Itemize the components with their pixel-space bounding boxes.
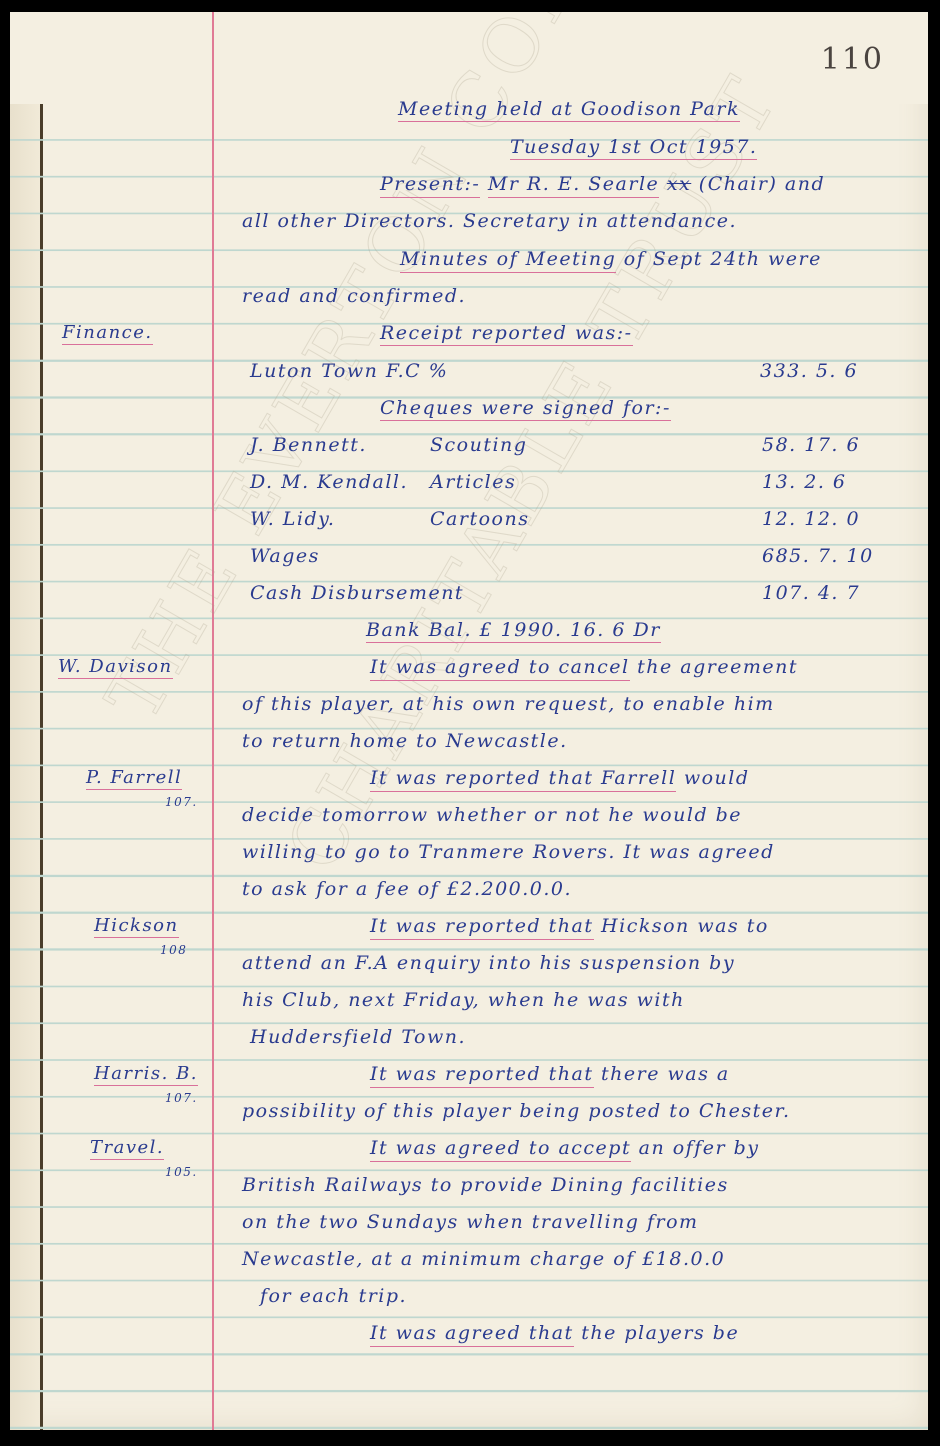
present-line: Present:- Mr R. E. Searle xx (Chair) and xyxy=(380,175,825,194)
farrell-rest: would xyxy=(684,767,750,789)
hickson-line-1: It was reported that Hickson was to xyxy=(370,917,769,936)
hickson-line-3: his Club, next Friday, when he was with xyxy=(242,991,685,1010)
receipt-amount: 333. 5. 6 xyxy=(760,362,858,381)
margin-ref-farrell: 107. xyxy=(165,796,198,808)
travel-line-3: on the two Sundays when travelling from xyxy=(242,1213,699,1232)
travel-line-4: Newcastle, at a minimum charge of £18.0.… xyxy=(242,1250,725,1269)
harris-rest: there was a xyxy=(601,1063,730,1085)
margin-note-travel: Travel. xyxy=(90,1139,164,1160)
davison-rest: the agreement xyxy=(637,656,798,678)
present-label: Present:- xyxy=(380,173,480,198)
harris-underlined: It was reported that xyxy=(370,1063,594,1088)
farrell-line-3: willing to go to Tranmere Rovers. It was… xyxy=(242,843,775,862)
travel-rest: an offer by xyxy=(639,1137,760,1159)
attendance-line: all other Directors. Secretary in attend… xyxy=(242,212,737,231)
cheque-payee: W. Lidy. xyxy=(250,510,335,529)
cheque-payee: J. Bennett. xyxy=(250,436,367,455)
players-underlined: It was agreed that xyxy=(370,1322,574,1347)
cheque-purpose: Articles xyxy=(430,473,516,492)
cheque-payee: D. M. Kendall. xyxy=(250,473,408,492)
receipt-heading: Receipt reported was:- xyxy=(380,324,633,346)
margin-note-finance: Finance. xyxy=(62,324,153,345)
travel-underlined: It was agreed to accept xyxy=(370,1137,631,1162)
hickson-rest: Hickson was to xyxy=(601,915,769,937)
cheque-amount: 685. 7. 10 xyxy=(762,547,874,566)
minutes-line: Minutes of Meeting of Sept 24th were xyxy=(400,250,822,269)
bank-balance: Bank Bal. £ 1990. 16. 6 Dr xyxy=(366,621,661,643)
margin-ref-harris: 107. xyxy=(165,1092,198,1104)
hickson-underlined: It was reported that xyxy=(370,915,594,940)
confirmed-line: read and confirmed. xyxy=(242,287,466,306)
cheque-amount: 107. 4. 7 xyxy=(762,584,860,603)
davison-underlined: It was agreed to cancel xyxy=(370,656,630,681)
farrell-underlined: It was reported that Farrell xyxy=(370,767,676,792)
present-tail: (Chair) and xyxy=(699,173,825,195)
margin-rule xyxy=(212,12,214,1430)
struck-text: xx xyxy=(667,173,691,195)
davison-line-3: to return home to Newcastle. xyxy=(242,732,568,751)
cheque-amount: 13. 2. 6 xyxy=(762,473,847,492)
margin-note-harris: Harris. B. xyxy=(94,1065,198,1086)
hickson-line-4: Huddersfield Town. xyxy=(250,1028,466,1047)
farrell-line-4: to ask for a fee of £2.200.0.0. xyxy=(242,880,572,899)
margin-note-davison: W. Davison xyxy=(58,658,173,679)
margin-note-hickson: Hickson xyxy=(94,917,179,938)
players-line-1: It was agreed that the players be xyxy=(370,1324,739,1343)
minutes-rest: of Sept 24th were xyxy=(624,248,822,270)
margin-ref-travel: 105. xyxy=(165,1166,198,1178)
meeting-date: Tuesday 1st Oct 1957. xyxy=(510,138,757,160)
page-number: 110 xyxy=(821,42,884,77)
davison-line-2: of this player, at his own request, to e… xyxy=(242,695,775,714)
harris-line-2: possibility of this player being posted … xyxy=(242,1102,791,1121)
receipt-label: Luton Town F.C % xyxy=(250,362,448,381)
margin-ref-hickson: 108 xyxy=(160,944,187,956)
travel-line-1: It was agreed to accept an offer by xyxy=(370,1139,760,1158)
cheque-payee: Wages xyxy=(250,547,320,566)
cheque-purpose: Scouting xyxy=(430,436,527,455)
cheque-amount: 12. 12. 0 xyxy=(762,510,860,529)
meeting-heading: Meeting held at Goodison Park xyxy=(398,100,740,122)
present-chair: Mr R. E. Searle xyxy=(488,173,659,198)
margin-note-farrell: P. Farrell xyxy=(86,769,182,790)
travel-line-5: for each trip. xyxy=(260,1287,407,1306)
ledger-page: THE EVERTON COLLECTION CHARITABLE TRUST … xyxy=(10,12,928,1430)
farrell-line-1: It was reported that Farrell would xyxy=(370,769,750,788)
farrell-line-2: decide tomorrow whether or not he would … xyxy=(242,806,742,825)
hickson-line-2: attend an F.A enquiry into his suspensio… xyxy=(242,954,735,973)
cheque-amount: 58. 17. 6 xyxy=(762,436,860,455)
harris-line-1: It was reported that there was a xyxy=(370,1065,730,1084)
minutes-underlined: Minutes of Meeting xyxy=(400,248,616,273)
cheques-heading: Cheques were signed for:- xyxy=(380,399,671,421)
davison-line-1: It was agreed to cancel the agreement xyxy=(370,658,798,677)
travel-line-2: British Railways to provide Dining facil… xyxy=(242,1176,729,1195)
cheque-payee: Cash Disbursement xyxy=(250,584,464,603)
players-rest: the players be xyxy=(581,1322,739,1344)
cheque-purpose: Cartoons xyxy=(430,510,529,529)
